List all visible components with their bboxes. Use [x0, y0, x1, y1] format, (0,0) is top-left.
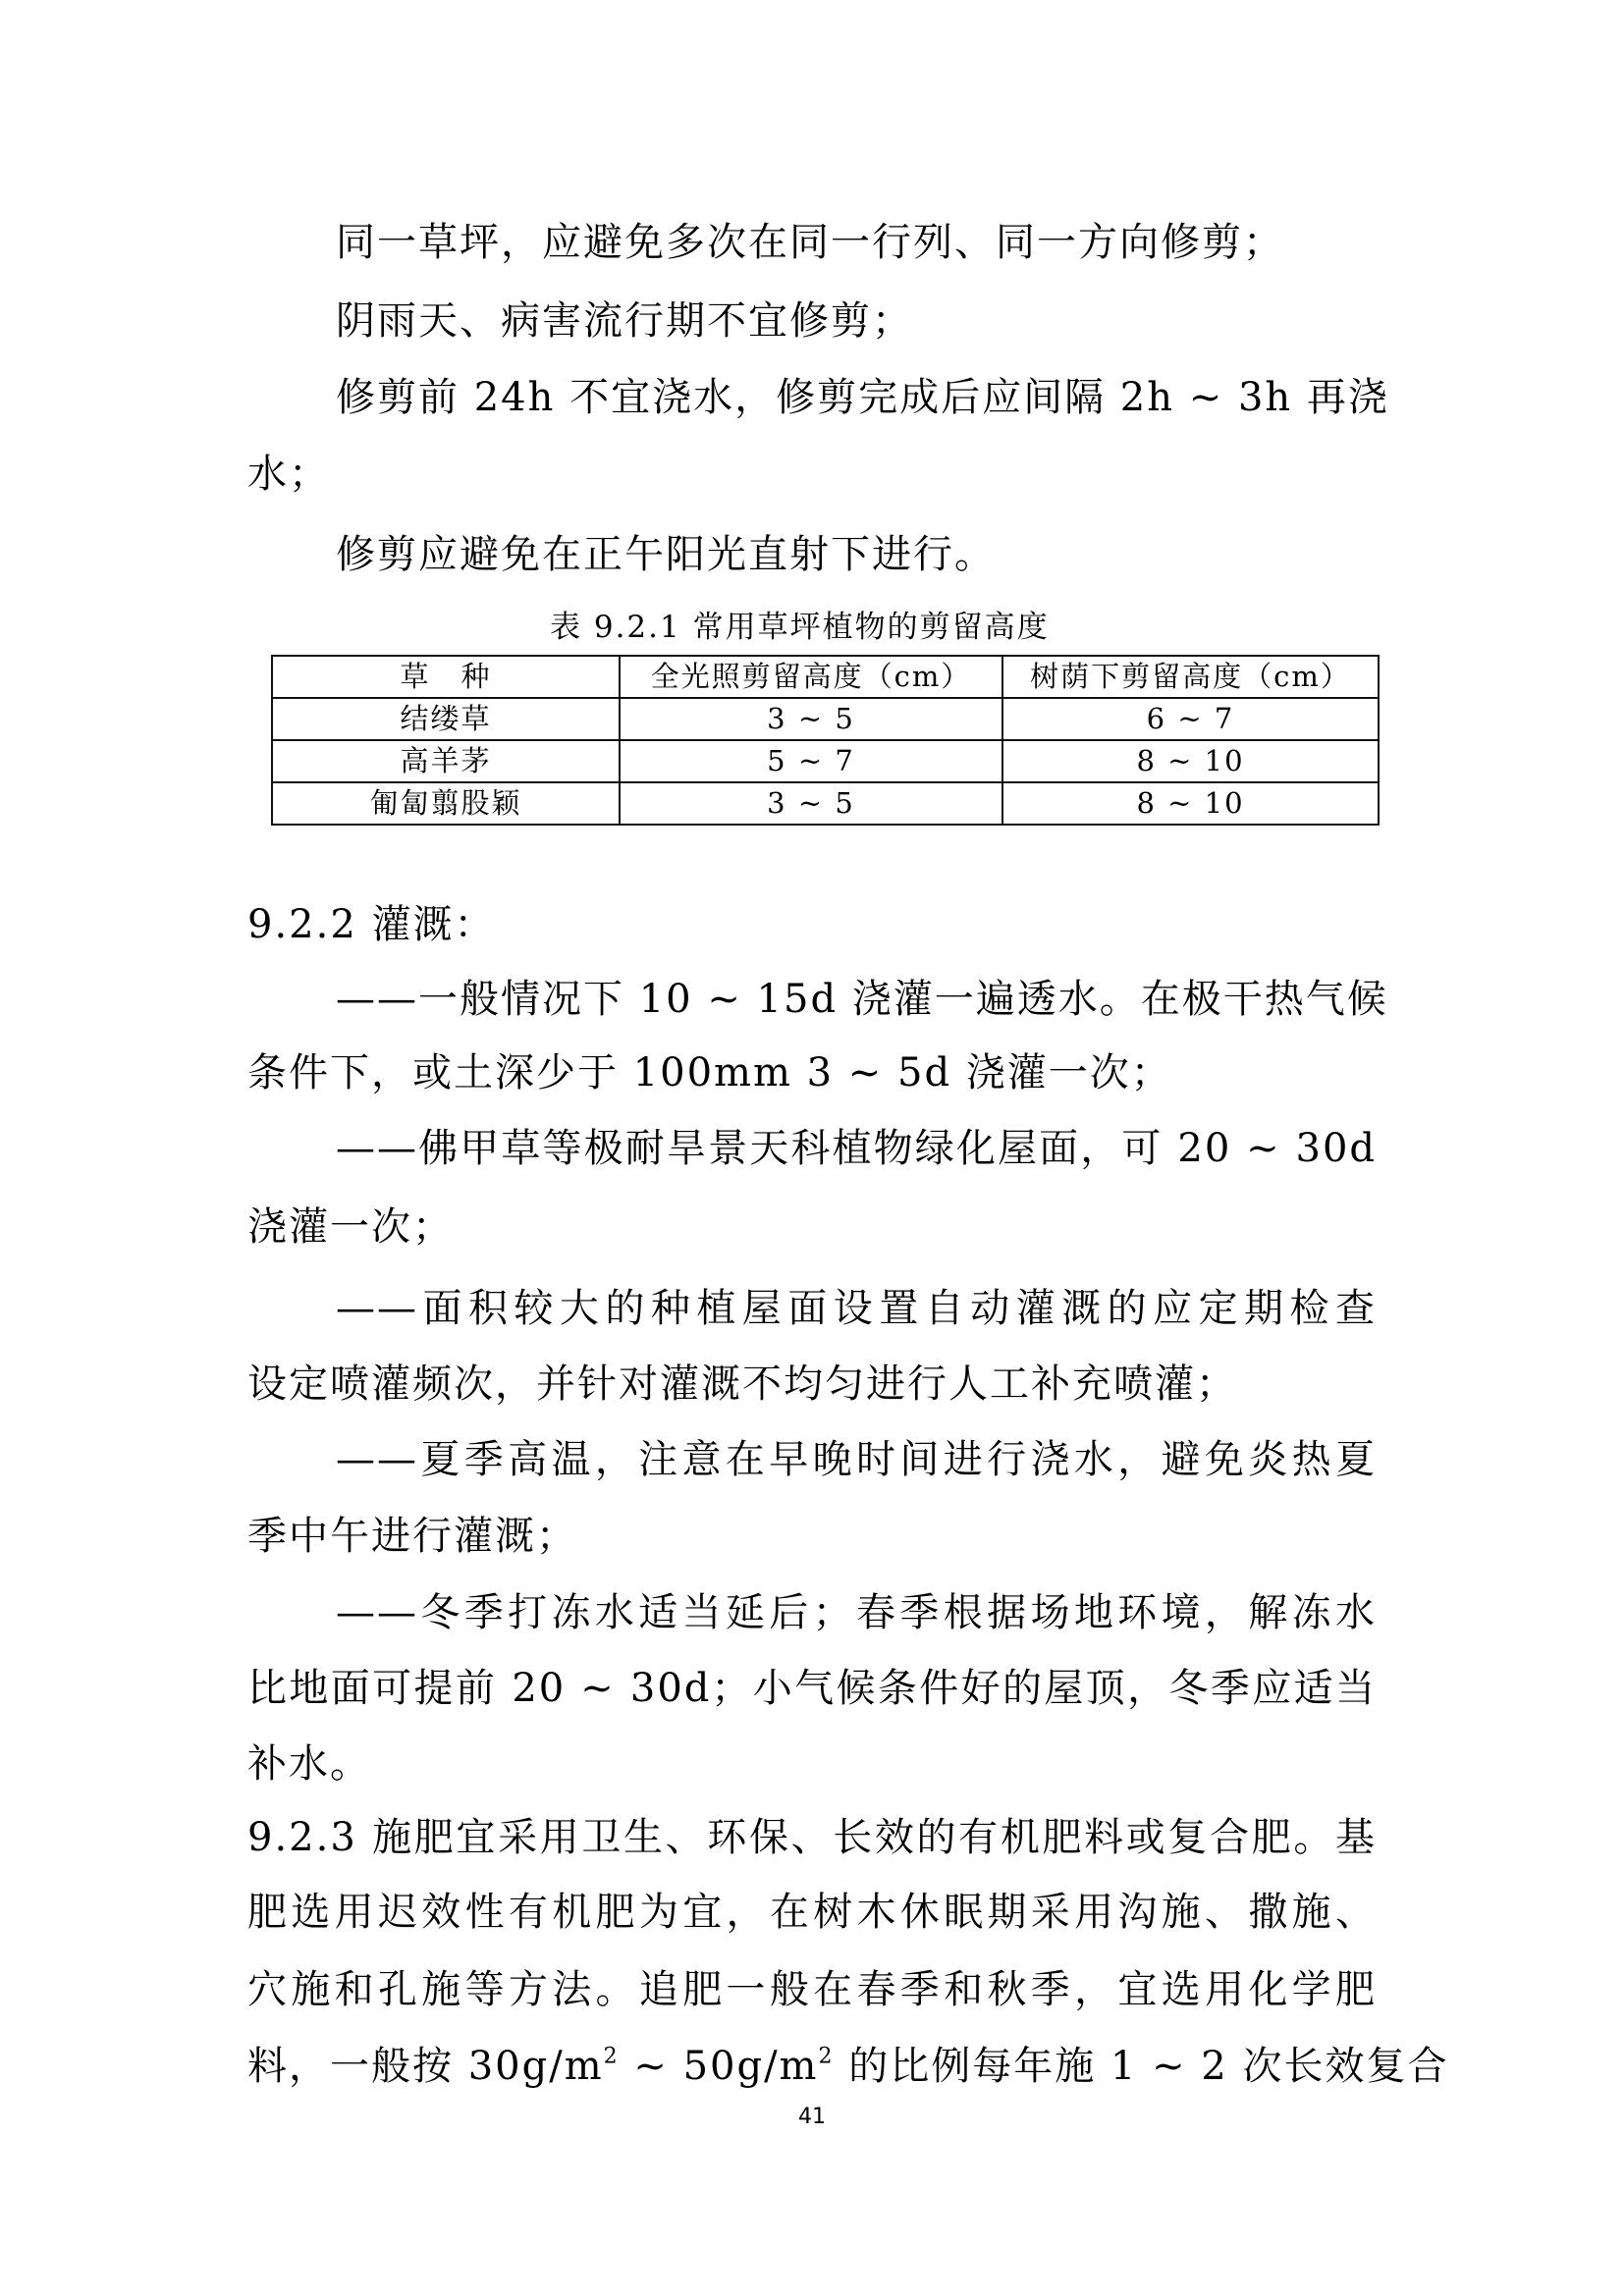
- paragraph-line: ——夏季高温，注意在早晚时间进行浇水，避免炎热夏: [336, 1435, 1377, 1484]
- paragraph-line: 季中午进行灌溉；: [247, 1512, 1377, 1561]
- table-row: 结缕草 3 ~ 5 6 ~ 7: [272, 698, 1379, 740]
- superscript: 2: [818, 2045, 834, 2069]
- cell-species: 高羊茅: [272, 740, 620, 782]
- paragraph-line: 设定喷灌频次，并针对灌溉不均匀进行人工补充喷灌；: [247, 1360, 1377, 1409]
- table-caption: 表 9.2.1 常用草坪植物的剪留高度: [550, 609, 1139, 646]
- table-row: 匍匐翦股颖 3 ~ 5 8 ~ 10: [272, 782, 1379, 825]
- paragraph-line: 浇灌一次；: [247, 1202, 1377, 1252]
- header-shade-height: 树荫下剪留高度（cm）: [1002, 656, 1379, 698]
- paragraph-line-with-units: 料，一般按 30g/m2 ~ 50g/m2 的比例每年施 1 ~ 2 次长效复合: [247, 2042, 1377, 2091]
- paragraph-line: 修剪前 24h 不宜浇水，修剪完成后应间隔 2h ~ 3h 再浇: [336, 373, 1377, 422]
- paragraph-line: ——佛甲草等极耐旱景天科植物绿化屋面，可 20 ~ 30d: [336, 1124, 1377, 1173]
- paragraph-line: ——冬季打冻水适当延后；春季根据场地环境，解冻水: [336, 1588, 1377, 1637]
- table-header-row: 草 种 全光照剪留高度（cm） 树荫下剪留高度（cm）: [272, 656, 1379, 698]
- text-fragment: ~ 50g/m: [620, 2044, 819, 2089]
- section-heading-9-2-2: 9.2.2 灌溉：: [247, 900, 1377, 949]
- cell-shade: 6 ~ 7: [1002, 698, 1379, 740]
- paragraph-line: 水；: [247, 450, 1377, 499]
- cell-full-sun: 3 ~ 5: [620, 698, 1002, 740]
- cell-full-sun: 3 ~ 5: [620, 782, 1002, 825]
- header-full-sun-height: 全光照剪留高度（cm）: [620, 656, 1002, 698]
- cell-shade: 8 ~ 10: [1002, 740, 1379, 782]
- table-row: 高羊茅 5 ~ 7 8 ~ 10: [272, 740, 1379, 782]
- paragraph-line: ——面积较大的种植屋面设置自动灌溉的应定期检查: [336, 1284, 1377, 1333]
- page-number: 41: [763, 2105, 861, 2130]
- superscript: 2: [604, 2045, 620, 2069]
- paragraph-line: 修剪应避免在正午阳光直射下进行。: [336, 530, 1377, 579]
- text-fragment: 的比例每年施 1 ~ 2 次长效复合: [834, 2044, 1448, 2089]
- paragraph-line: 比地面可提前 20 ~ 30d；小气候条件好的屋顶，冬季应适当: [247, 1664, 1377, 1713]
- paragraph-line: 穴施和孔施等方法。追肥一般在春季和秋季，宜选用化学肥: [247, 1965, 1377, 2014]
- paragraph-line: ——一般情况下 10 ~ 15d 浇灌一遍透水。在极干热气候: [336, 975, 1377, 1024]
- paragraph-line: 同一草坪，应避免多次在同一行列、同一方向修剪；: [336, 218, 1377, 267]
- paragraph-line: 阴雨天、病害流行期不宜修剪；: [336, 296, 1377, 346]
- cell-species: 匍匐翦股颖: [272, 782, 620, 825]
- cell-shade: 8 ~ 10: [1002, 782, 1379, 825]
- paragraph-line: 肥选用迟效性有机肥为宜，在树木休眠期采用沟施、撒施、: [247, 1888, 1377, 1937]
- paragraph-line: 补水。: [247, 1739, 1377, 1789]
- cell-species: 结缕草: [272, 698, 620, 740]
- mowing-height-table: 草 种 全光照剪留高度（cm） 树荫下剪留高度（cm） 结缕草 3 ~ 5 6 …: [271, 655, 1380, 826]
- text-fragment: 料，一般按 30g/m: [247, 2044, 604, 2089]
- document-page: 同一草坪，应避免多次在同一行列、同一方向修剪； 阴雨天、病害流行期不宜修剪； 修…: [0, 0, 1624, 2296]
- cell-full-sun: 5 ~ 7: [620, 740, 1002, 782]
- section-9-2-3-line: 9.2.3 施肥宜采用卫生、环保、长效的有机肥料或复合肥。基: [247, 1813, 1377, 1862]
- paragraph-line: 条件下，或土深少于 100mm 3 ~ 5d 浇灌一次；: [247, 1048, 1377, 1097]
- header-grass-species: 草 种: [272, 656, 620, 698]
